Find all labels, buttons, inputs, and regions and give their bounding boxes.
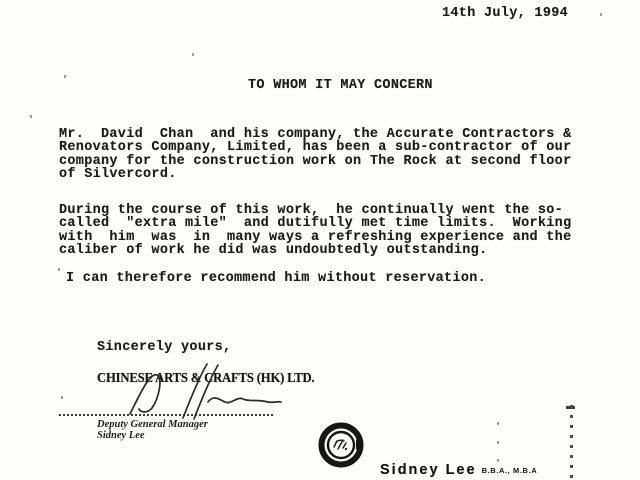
- scan-speck: [58, 268, 60, 271]
- scan-speck: [497, 422, 499, 425]
- letter-paragraph-2: During the course of this work, he conti…: [59, 204, 571, 258]
- scan-speck: [61, 396, 63, 399]
- signature-dotted-line: [59, 414, 273, 416]
- letter-paragraph-1: Mr. David Chan and his company, the Accu…: [59, 128, 571, 182]
- printed-name-block: Sidney LeeB.B.A., M.B.A: [380, 461, 537, 479]
- signer-title: Deputy General Manager: [97, 419, 208, 430]
- printed-name: Sidney Lee: [380, 462, 477, 478]
- letter-salutation: TO WHOM IT MAY CONCERN: [248, 79, 433, 92]
- company-seal-stamp-icon: [318, 422, 364, 468]
- company-name: CHINESE ARTS & CRAFTS (HK) LTD.: [97, 370, 315, 386]
- printed-credentials: B.B.A., M.B.A: [482, 466, 538, 475]
- scan-artifact-dashes: [570, 405, 573, 480]
- signer-name: Sidney Lee: [97, 430, 145, 441]
- scan-speck: [497, 441, 499, 444]
- scan-speck: [30, 115, 32, 118]
- scan-speck: [64, 75, 66, 78]
- handwritten-signature-icon: [110, 358, 320, 420]
- letter-paragraph-3: I can therefore recommend him without re…: [66, 272, 486, 285]
- letter-date: 14th July, 1994: [442, 7, 568, 20]
- scan-speck: [600, 13, 602, 16]
- scan-speck: [192, 53, 194, 56]
- letter-closing: Sincerely yours,: [97, 341, 231, 354]
- scan-speck: [497, 459, 499, 462]
- letter-page: 14th July, 1994 TO WHOM IT MAY CONCERN M…: [0, 0, 640, 480]
